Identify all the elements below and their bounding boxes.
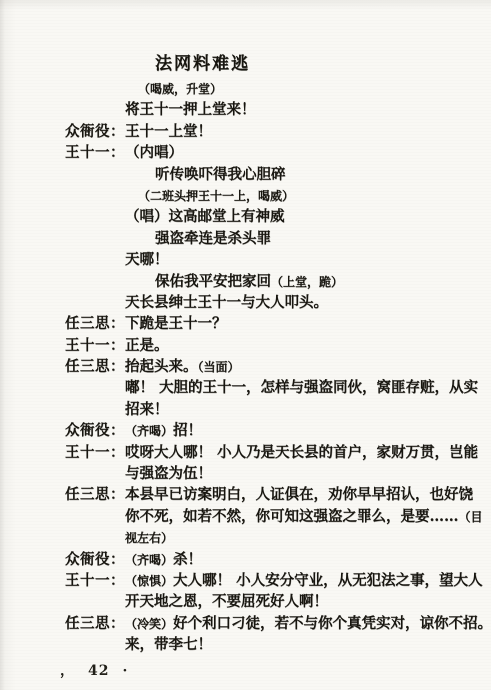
- stage-direction-text: （上堂，跪）: [271, 275, 343, 289]
- script-line-stage: （二班头押王十一上，喝威）: [0, 185, 491, 206]
- footer-left-mark: ，: [60, 663, 75, 679]
- dialog-text: 正是。: [125, 337, 169, 354]
- script-line-dialog: 天哪！: [0, 249, 491, 270]
- script-line-speaker: 王十一：（内唱）: [0, 142, 491, 163]
- dialog-text: 本县早已访案明白，人证俱在，劝你早早招认，也好饶: [125, 486, 473, 503]
- stage-direction-text: （当面）: [198, 360, 240, 374]
- dialog-text: 保佑我平安把家回: [155, 273, 271, 290]
- script-line-stage: （喝威，升堂）: [0, 78, 491, 99]
- dialog-text: 将王十一押上堂来！: [125, 101, 256, 118]
- stage-direction-text: （齐喝）: [125, 424, 173, 438]
- script-line-speaker: 任三思：抬起头来。（当面）: [0, 356, 491, 377]
- speaker-name: 众衙役：: [65, 549, 125, 570]
- script-line-speaker: 王十一：哎呀大人哪！ 小人乃是天长县的首户，家财万贯，岂能: [0, 442, 491, 463]
- speaker-name: 任三思：: [65, 356, 125, 377]
- page-number: 42: [88, 663, 109, 679]
- script-line-speaker: 众衙役：（齐喝）杀！: [0, 549, 491, 570]
- speaker-name: 王十一：: [65, 570, 125, 591]
- dialog-text: 抬起头来。: [125, 358, 198, 375]
- script-line-speaker: 众衙役：（齐喝）招！: [0, 420, 491, 441]
- page-footer: ，42·: [0, 660, 491, 680]
- script-line-verse: 强盗牵连是杀头罪: [0, 228, 491, 249]
- speaker-name: 众衙役：: [65, 121, 125, 142]
- script-line-speaker: 任三思：下跪是王十一？: [0, 313, 491, 334]
- speaker-name: 王十一：: [65, 142, 125, 163]
- dialog-text: 开天地之恩，不要屈死好人啊！: [125, 593, 328, 610]
- script-line-dialog: 你不死，如若不然，你可知这强盗之罪么，是要……（目: [0, 506, 491, 527]
- script-body: （喝威，升堂）将王十一押上堂来！众衙役：王十一上堂！王十一：（内唱）听传唤吓得我…: [0, 78, 491, 656]
- stage-direction-text: （喝威，升堂）: [138, 82, 222, 96]
- script-line-dialog: 招来！: [0, 399, 491, 420]
- script-line-verse: 听传唤吓得我心胆碎: [0, 164, 491, 185]
- stage-direction-text: （二班头押王十一上，喝威）: [138, 189, 294, 203]
- script-line-dialog: 开天地之恩，不要屈死好人啊！: [0, 591, 491, 612]
- dialog-text: 嘟！ 大胆的王十一，怎样与强盗同伙，窝匪存赃，从实: [125, 379, 478, 396]
- scanned-script-page: 法网料难逃 （喝威，升堂）将王十一押上堂来！众衙役：王十一上堂！王十一：（内唱）…: [0, 0, 491, 690]
- dialog-text: 听传唤吓得我心胆碎: [155, 166, 286, 183]
- dialog-text: 天长县绅士王十一与大人叩头。: [125, 294, 328, 311]
- stage-direction-text: （惊惧）: [125, 574, 173, 588]
- speaker-name: 任三思：: [65, 613, 125, 634]
- dialog-text: （内唱）: [125, 144, 183, 161]
- dialog-text: 天哪！: [125, 251, 169, 268]
- footer-right-dot: ·: [122, 663, 128, 679]
- script-line-dialog: 视左右）: [0, 527, 491, 548]
- script-line-dialog: 嘟！ 大胆的王十一，怎样与强盗同伙，窝匪存赃，从实: [0, 377, 491, 398]
- script-line-dialog: （唱）这高邮堂上有神威: [0, 206, 491, 227]
- stage-direction-text: （齐喝）: [125, 553, 173, 567]
- script-line-verse: 保佑我平安把家回（上堂，跪）: [0, 271, 491, 292]
- dialog-text: 与强盗为伍！: [125, 465, 212, 482]
- dialog-text: 好个利口刁徒，若不与你个真凭实对，谅你不招。: [173, 615, 491, 632]
- script-line-speaker: 王十一：正是。: [0, 335, 491, 356]
- speaker-name: 王十一：: [65, 335, 125, 356]
- script-line-speaker: 任三思：（冷笑）好个利口刁徒，若不与你个真凭实对，谅你不招。: [0, 613, 491, 634]
- dialog-text: 王十一上堂！: [125, 123, 212, 140]
- script-line-speaker: 众衙役：王十一上堂！: [0, 121, 491, 142]
- dialog-text: （唱）这高邮堂上有神威: [125, 208, 285, 225]
- stage-direction-text: （目: [459, 510, 483, 524]
- dialog-text: 来，带李七！: [125, 636, 212, 653]
- script-line-dialog: 与强盗为伍！: [0, 463, 491, 484]
- stage-direction-text: 视左右）: [125, 531, 173, 545]
- speaker-name: 众衙役：: [65, 420, 125, 441]
- dialog-text: 哎呀大人哪！ 小人乃是天长县的首户，家财万贯，岂能: [125, 444, 478, 461]
- script-line-dialog: 天长县绅士王十一与大人叩头。: [0, 292, 491, 313]
- dialog-text: 杀！: [173, 551, 202, 568]
- script-line-dialog: 将王十一押上堂来！: [0, 99, 491, 120]
- stage-direction-text: （冷笑）: [125, 617, 173, 631]
- dialog-text: 招！: [173, 422, 202, 439]
- dialog-text: 招来！: [125, 401, 169, 418]
- speaker-name: 王十一：: [65, 442, 125, 463]
- speaker-name: 任三思：: [65, 484, 125, 505]
- scene-title: 法网料难逃: [0, 0, 491, 78]
- dialog-text: 强盗牵连是杀头罪: [155, 230, 271, 247]
- dialog-text: 大人哪！ 小人安分守业，从无犯法之事，望大人: [173, 572, 483, 589]
- dialog-text: 下跪是王十一？: [125, 315, 227, 332]
- script-line-speaker: 任三思：本县早已访案明白，人证俱在，劝你早早招认，也好饶: [0, 484, 491, 505]
- speaker-name: 任三思：: [65, 313, 125, 334]
- script-line-dialog: 来，带李七！: [0, 634, 491, 655]
- dialog-text: 你不死，如若不然，你可知这强盗之罪么，是要……: [125, 508, 459, 525]
- script-line-speaker: 王十一：（惊惧）大人哪！ 小人安分守业，从无犯法之事，望大人: [0, 570, 491, 591]
